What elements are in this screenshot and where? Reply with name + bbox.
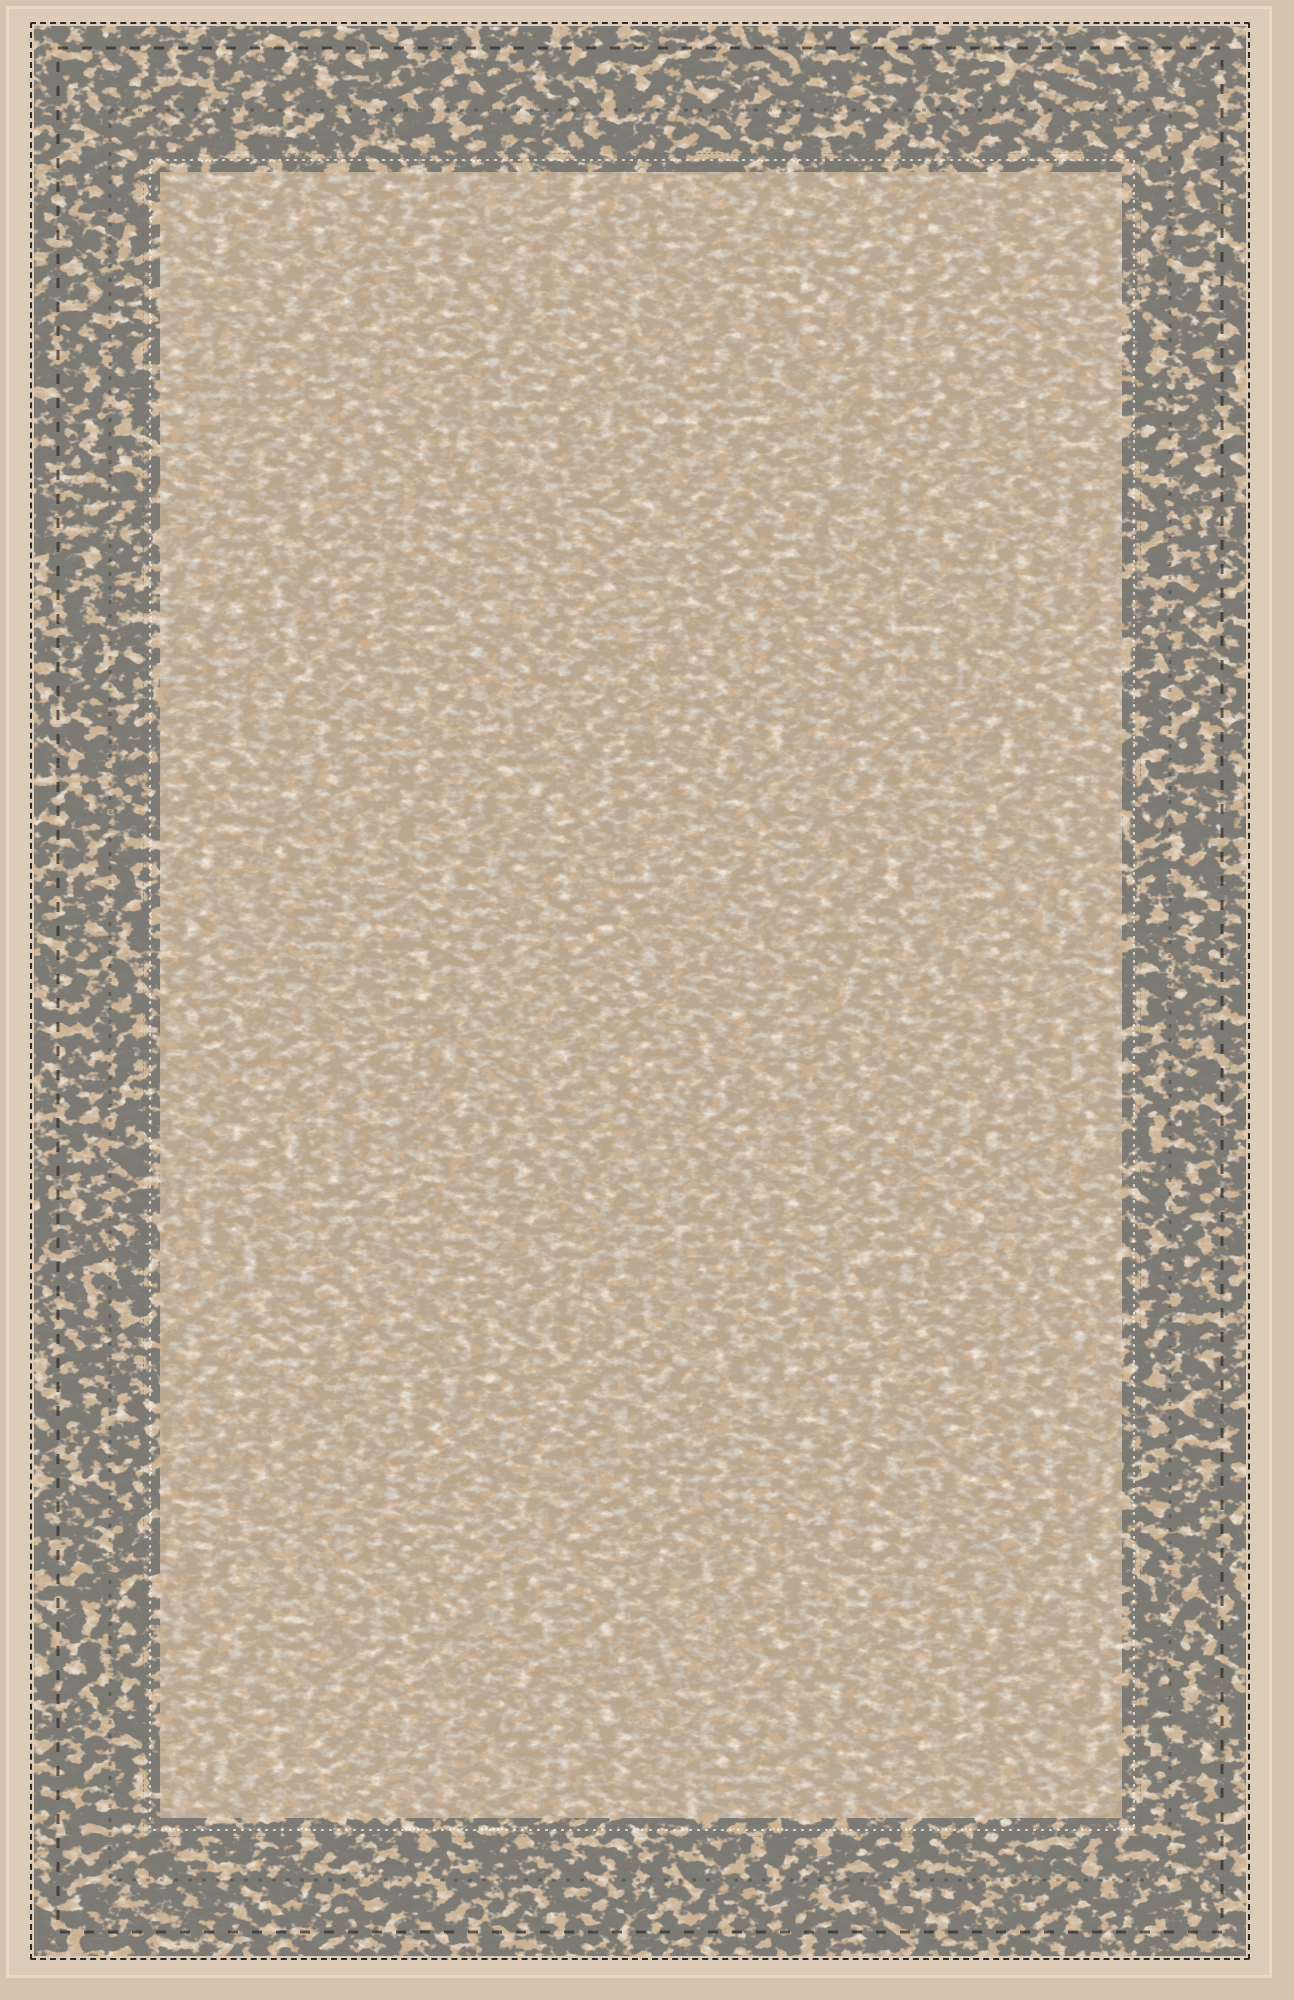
rug-texture: [0, 0, 1294, 2000]
rug: [0, 0, 1294, 2000]
field-dark-specks: [160, 172, 1122, 1818]
